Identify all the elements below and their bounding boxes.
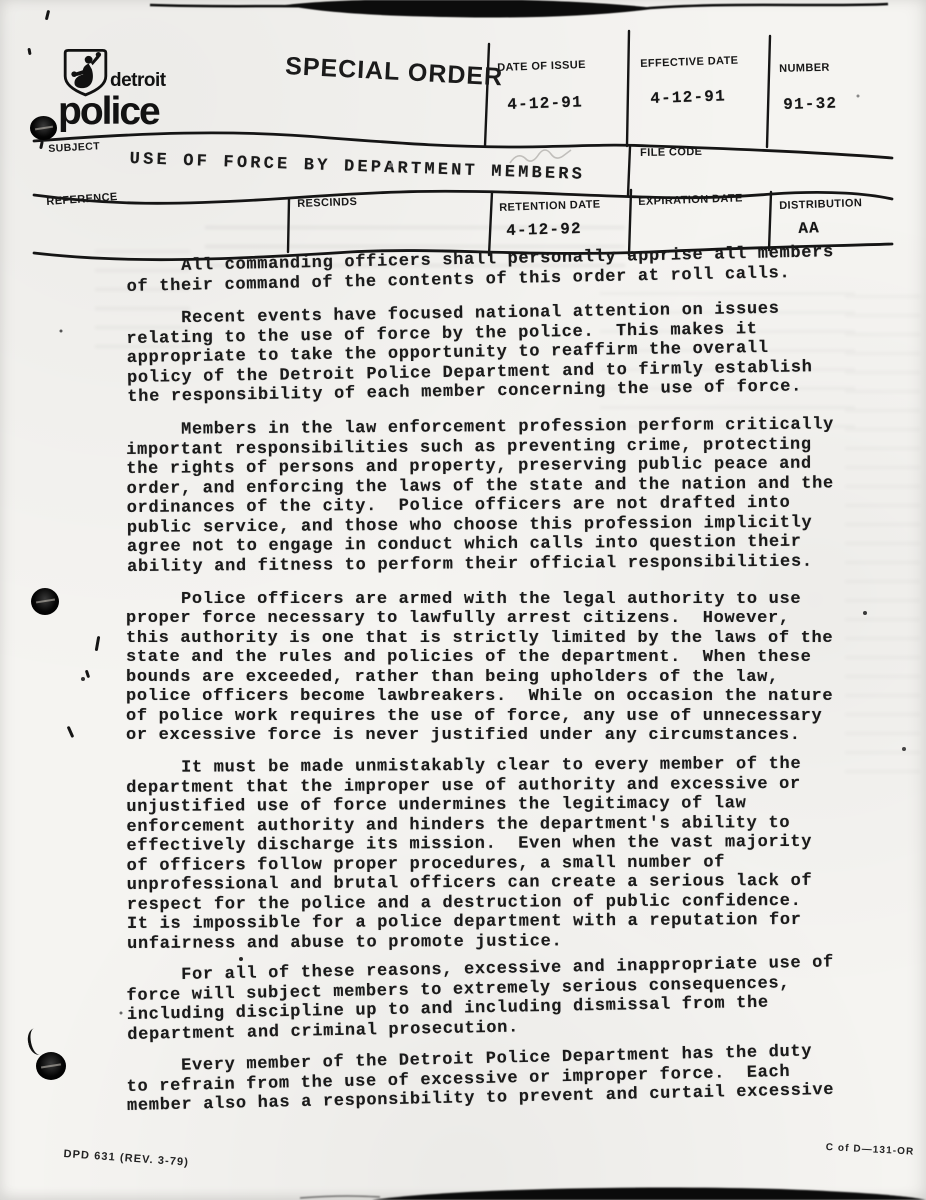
form-number: DPD 631 (REV. 3-79) <box>63 1148 189 1169</box>
spirit-of-detroit-figure-icon <box>71 52 101 88</box>
logo-wordmark-detroit: detroit <box>110 70 166 92</box>
footer-code: C of D—131-OR <box>825 1142 914 1158</box>
date-of-issue-label: DATE OF ISSUE <box>497 59 586 74</box>
expiration-date-label: EXPIRATION DATE <box>638 192 743 208</box>
scan-smudge-bottom <box>0 1180 926 1200</box>
paper-specks <box>0 0 2 2</box>
date-of-issue-value: 4-12-91 <box>507 93 583 114</box>
reference-label: REFERENCE <box>46 191 118 208</box>
number-label: NUMBER <box>779 62 830 75</box>
stray-mark <box>67 726 74 738</box>
paragraph: It must be made unmistakably clear to ev… <box>126 754 863 953</box>
distribution-value: AA <box>798 219 820 238</box>
subject-value: USE OF FORCE BY DEPARTMENT MEMBERS <box>129 150 585 185</box>
number-value: 91-32 <box>783 95 837 114</box>
paragraph: All commanding officers shall personally… <box>126 243 863 297</box>
stray-mark <box>85 670 90 678</box>
paragraph: Every member of the Detroit Police Depar… <box>126 1041 863 1116</box>
stray-mark <box>45 10 50 20</box>
file-code-label: FILE CODE <box>640 146 702 159</box>
effective-date-label: EFFECTIVE DATE <box>640 55 739 70</box>
order-body-text: All commanding officers shall personally… <box>126 258 862 1129</box>
paragraph: For all of these reasons, excessive and … <box>126 952 863 1044</box>
subject-label: SUBJECT <box>48 140 100 155</box>
logo-wordmark-police: police <box>58 90 159 134</box>
scanned-document-page: detroit police SPECIAL ORDER DATE OF ISS… <box>0 0 926 1200</box>
paragraph: Police officers are armed with the legal… <box>126 590 862 746</box>
scan-smudge-top <box>0 0 926 30</box>
paragraph: Recent events have focused national atte… <box>126 298 863 407</box>
stray-mark <box>39 141 43 149</box>
retention-date-value: 4-12-92 <box>506 220 582 240</box>
paragraph: Members in the law enforcement professio… <box>126 415 863 577</box>
ink-spot <box>36 1052 66 1080</box>
distribution-label: DISTRIBUTION <box>779 197 862 212</box>
ink-spot <box>31 588 59 615</box>
stray-mark <box>27 48 31 55</box>
effective-date-value: 4-12-91 <box>650 87 726 108</box>
document-title: SPECIAL ORDER <box>284 52 503 92</box>
ink-spot <box>30 116 57 140</box>
retention-date-label: RETENTION DATE <box>499 198 601 214</box>
rescinds-label: RESCINDS <box>297 196 357 210</box>
stray-mark <box>95 636 100 651</box>
